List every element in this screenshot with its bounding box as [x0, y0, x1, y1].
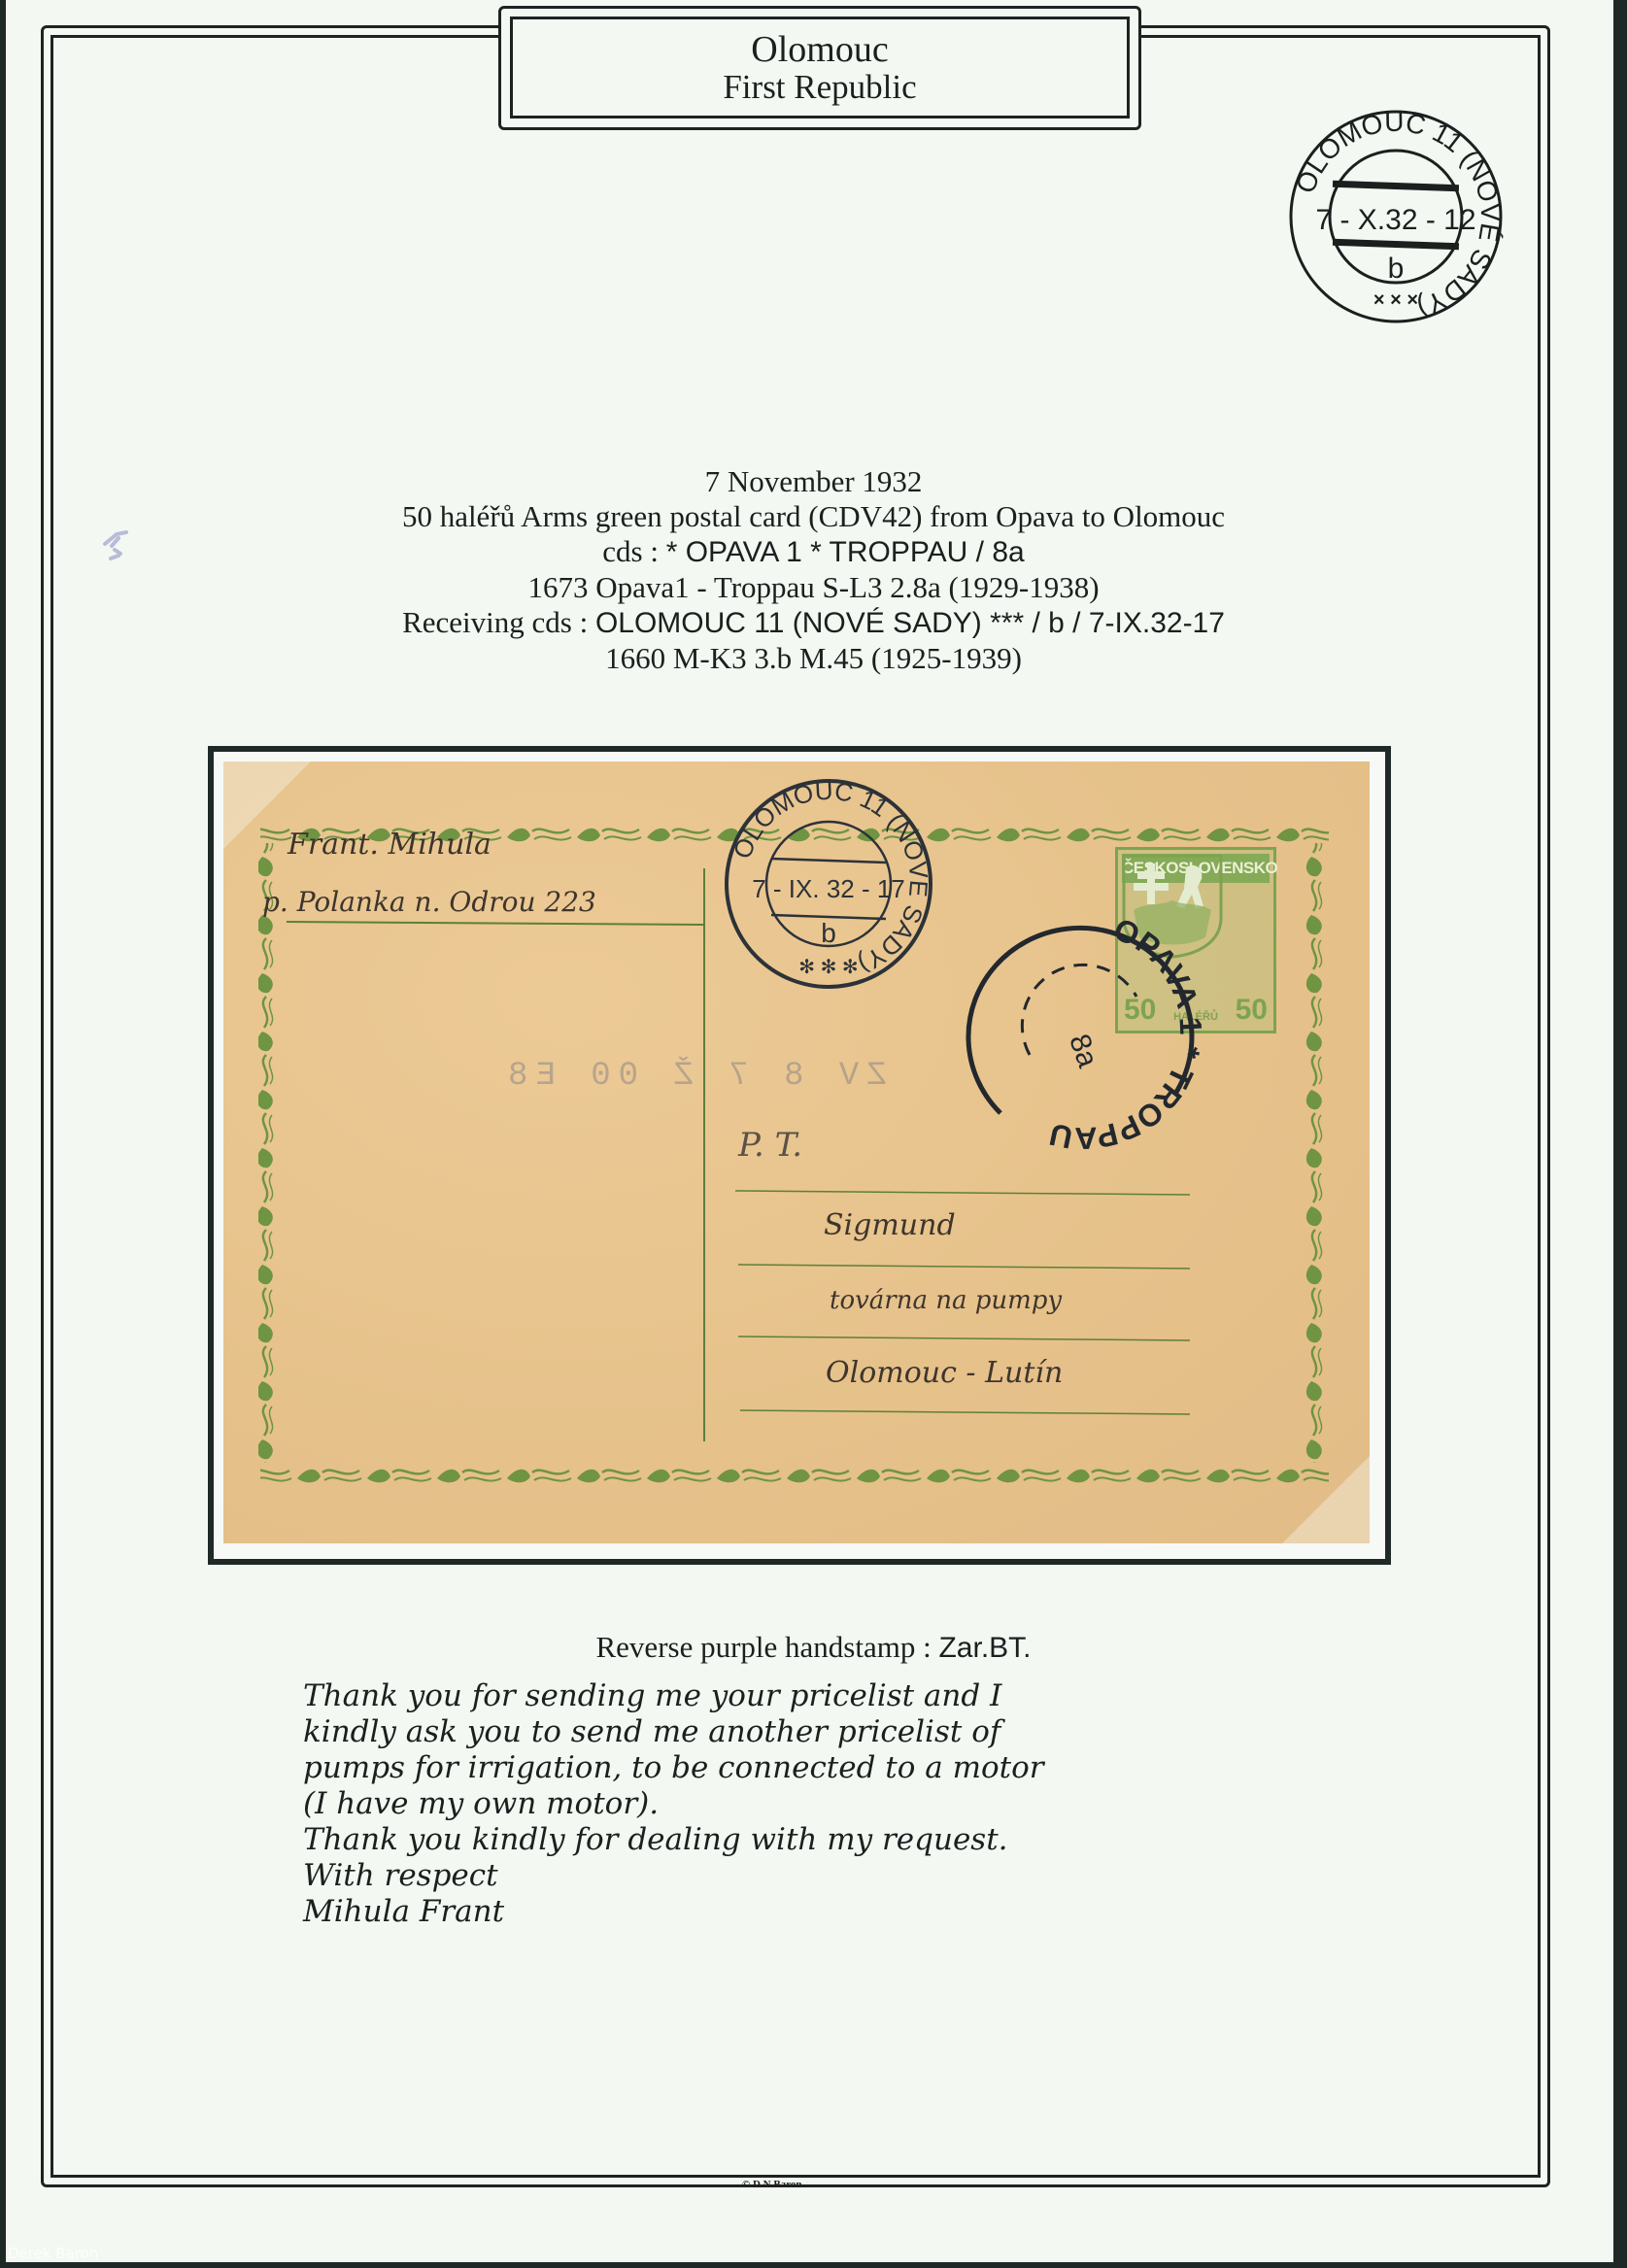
origin-postmark: OPAVA 1 * TROPPAU 8a	[962, 909, 1204, 1152]
translation-line: Thank you kindly for dealing with my req…	[303, 1822, 1274, 1858]
item-caption: 7 November 1932 50 haléřů Arms green pos…	[146, 464, 1481, 676]
copyright-notice: © D.N.Baron	[742, 2179, 802, 2190]
scan-edge-bottom	[0, 2262, 1627, 2268]
postal-card: Frant. Mihula p. Polanka n. Odrou 223 ZV…	[223, 762, 1370, 1543]
caption-cds: cds : * OPAVA 1 * TROPPAU / 8a	[146, 534, 1481, 570]
translation-line: kindly ask you to send me another pricel…	[303, 1714, 1274, 1750]
svg-text:b: b	[821, 918, 836, 948]
stamp-value-right: 50	[1236, 994, 1268, 1027]
caption-description: 50 haléřů Arms green postal card (CDV42)…	[146, 499, 1481, 534]
receiving-postmark: OLOMOUC 11 (NOVÉ SADY) 7 - IX. 32 - 17 b…	[717, 769, 940, 993]
translation-line: Thank you for sending me your pricelist …	[303, 1678, 1274, 1714]
translation-line: Mihula Frant	[303, 1894, 1274, 1930]
recipient-city: Olomouc - Lutín	[826, 1356, 1063, 1390]
scan-edge-right	[1613, 0, 1627, 2268]
caption-receiving-cds: Receiving cds : OLOMOUC 11 (NOVÉ SADY) *…	[146, 605, 1481, 641]
svg-text:✻ ✻ ✻: ✻ ✻ ✻	[798, 957, 858, 978]
translation-line: pumps for irrigation, to be connected to…	[303, 1750, 1274, 1786]
title-plaque: Olomouc First Republic	[498, 6, 1141, 130]
svg-text:× × ×: × × ×	[1373, 289, 1418, 311]
sender-address: p. Polanka n. Odrou 223	[262, 886, 596, 918]
recipient-title: P. T.	[738, 1126, 802, 1165]
olomouc-postmark-illustration: OLOMOUC 11 (NOVÉ SADY) 7 - X.32 - 12 b ×…	[1284, 105, 1508, 328]
svg-text:8a: 8a	[1063, 1031, 1104, 1072]
ghost-imprint: ZV 8 7 Ž 00 E8	[500, 1058, 887, 1095]
caption-cds-catalog: 1673 Opava1 - Troppau S-L3 2.8a (1929-19…	[146, 570, 1481, 605]
sender-name: Frant. Mihula	[288, 828, 491, 862]
caption-receiving-catalog: 1660 M-K3 3.b M.45 (1925-1939)	[146, 641, 1481, 676]
svg-text:OPAVA 1 * TROPPAU: OPAVA 1 * TROPPAU	[962, 909, 1204, 1152]
page-subtitle: First Republic	[723, 69, 916, 106]
svg-text:b: b	[1388, 253, 1405, 285]
page-title: Olomouc	[751, 30, 888, 69]
svg-text:7 - IX. 32 - 17: 7 - IX. 32 - 17	[752, 874, 905, 903]
message-translation: Thank you for sending me your pricelist …	[303, 1678, 1274, 1930]
watermark: Derek Baron	[8, 2245, 98, 2262]
reverse-handstamp-note: Reverse purple handstamp : Zar.BT.	[0, 1630, 1627, 1665]
recipient-name: Sigmund	[824, 1208, 956, 1242]
recipient-firm: továrna na pumpy	[830, 1286, 1062, 1315]
caption-date: 7 November 1932	[146, 464, 1481, 499]
stray-ink-mark	[97, 525, 146, 573]
translation-line: With respect	[303, 1858, 1274, 1894]
translation-line: (I have my own motor).	[303, 1786, 1274, 1822]
scan-edge-left	[0, 0, 6, 2268]
svg-text:7 - X.32 - 12: 7 - X.32 - 12	[1315, 204, 1475, 236]
